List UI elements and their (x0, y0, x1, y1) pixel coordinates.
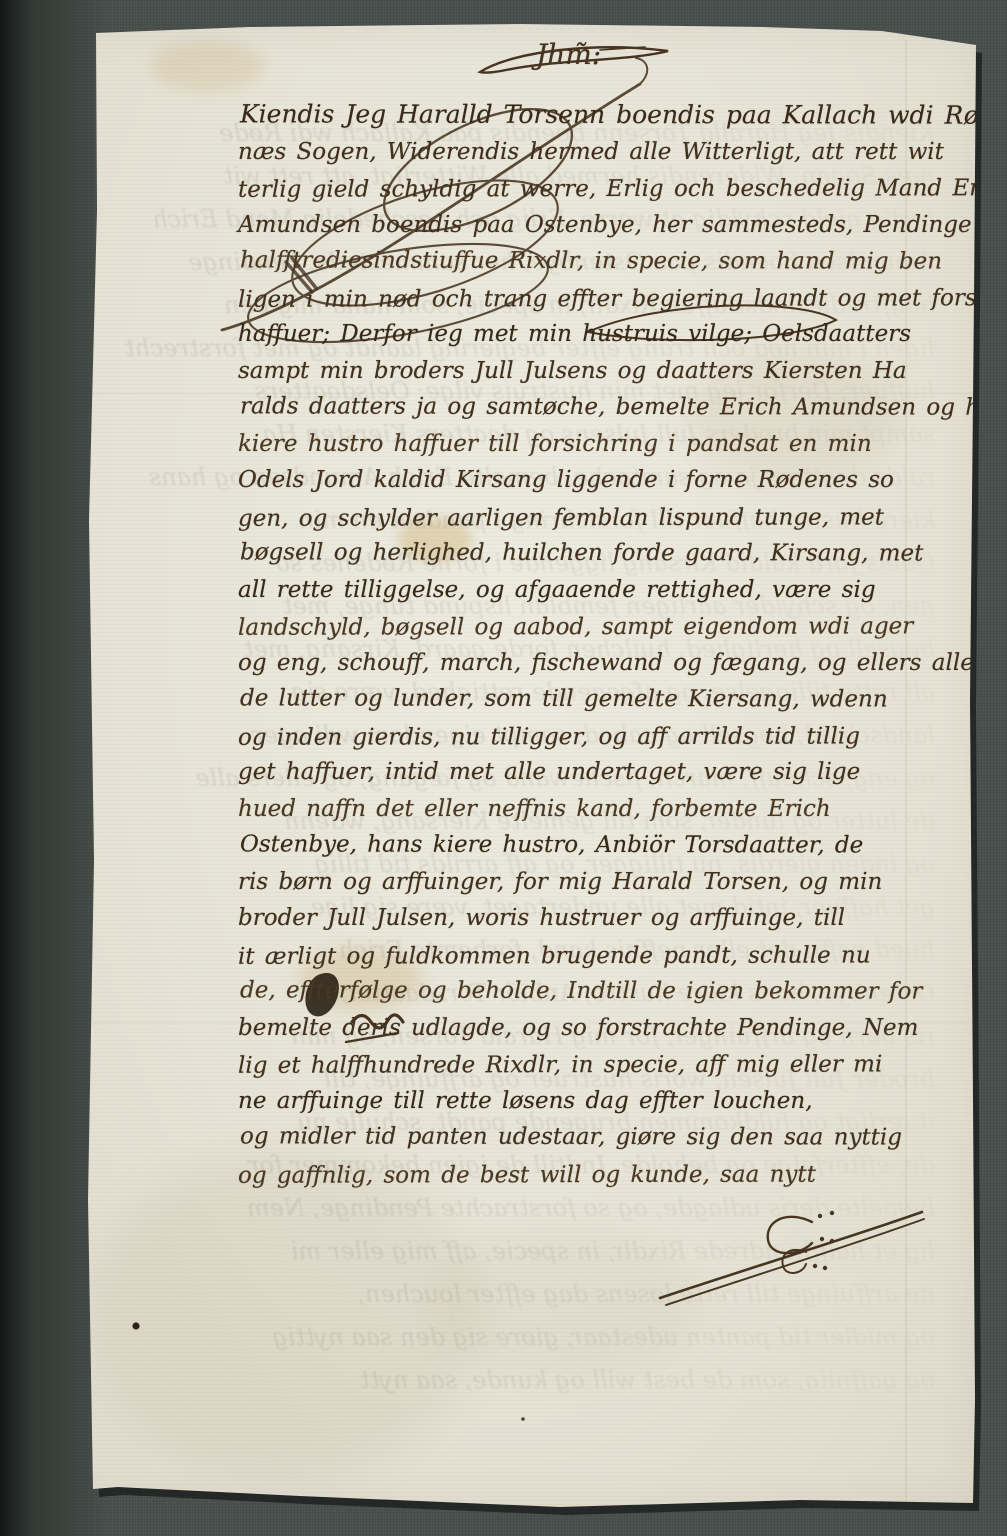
manuscript-page: Kiendis Jeg Haralld Torsenn boendis paa … (0, 0, 1007, 1536)
archive-photo-background: Kiendis Jeg Haralld Torsenn boendis paa … (0, 0, 1007, 1536)
paper-edge-vignette (0, 0, 1007, 1536)
